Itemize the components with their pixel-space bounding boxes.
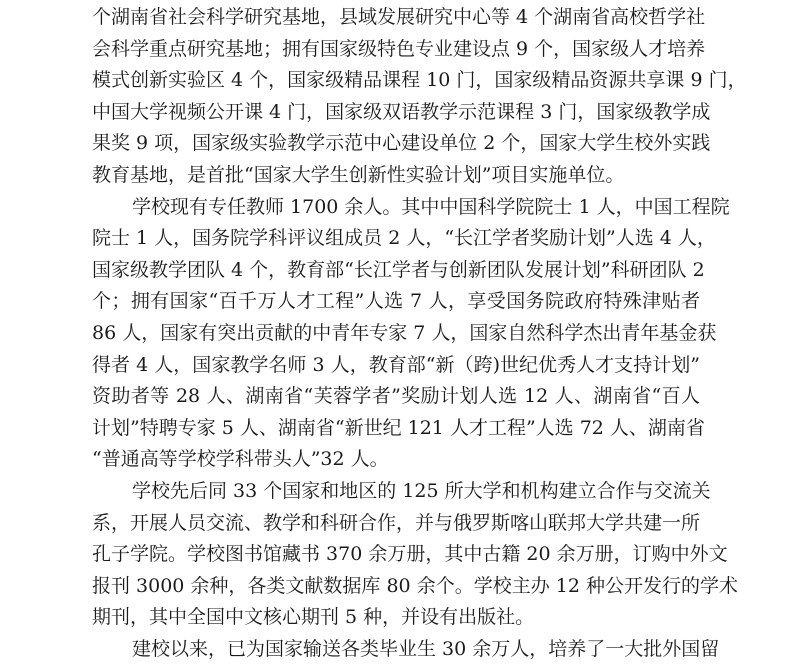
paragraph-2: 学校现有专任教师 1700 余人。其中中国科学院院士 1 人，中国工程院 院士 …: [92, 192, 700, 476]
text-line: 资助者等 28 人、湖南省“芙蓉学者”奖励计划人选 12 人、湖南省“百人: [92, 381, 700, 413]
text-line: 报刊 3000 余种，各类文献数据库 80 余个。学校主办 12 种公开发行的学…: [92, 571, 700, 603]
text-line: 教育基地，是首批“国家大学生创新性实验计划”项目实施单位。: [92, 160, 700, 192]
text-line: 个；拥有国家“百千万人才工程”人选 7 人，享受国务院政府特殊津贴者: [92, 286, 700, 318]
text-line: 个湖南省社会科学研究基地，县域发展研究中心等 4 个湖南省高校哲学社: [92, 2, 700, 34]
paragraph-1: 个湖南省社会科学研究基地，县域发展研究中心等 4 个湖南省高校哲学社 会科学重点…: [92, 2, 700, 192]
text-line: 86 人，国家有突出贡献的中青年专家 7 人，国家自然科学杰出青年基金获: [92, 318, 700, 350]
paragraph-4: 建校以来，已为国家输送各类毕业生 30 余万人，培养了一大批外国留: [92, 634, 700, 666]
text-line: 系，开展人员交流、教学和科研合作，并与俄罗斯喀山联邦大学共建一所: [92, 508, 700, 540]
text-line: 期刊，其中全国中文核心期刊 5 种，并设有出版社。: [92, 602, 700, 634]
text-line: 模式创新实验区 4 个，国家级精品课程 10 门，国家级精品资源共享课 9 门，: [92, 65, 700, 97]
text-line: 计划”特聘专家 5 人、湖南省“新世纪 121 人才工程”人选 72 人、湖南省: [92, 413, 700, 445]
document-page: 个湖南省社会科学研究基地，县域发展研究中心等 4 个湖南省高校哲学社 会科学重点…: [92, 2, 700, 665]
text-line: 国家级教学团队 4 个，教育部“长江学者与创新团队发展计划”科研团队 2: [92, 255, 700, 287]
text-line: 得者 4 人，国家教学名师 3 人，教育部“新（跨)世纪优秀人才支持计划”: [92, 350, 700, 382]
text-line: 果奖 9 项，国家级实验教学示范中心建设单位 2 个，国家大学生校外实践: [92, 128, 700, 160]
paragraph-3: 学校先后同 33 个国家和地区的 125 所大学和机构建立合作与交流关 系，开展…: [92, 476, 700, 634]
text-line: 院士 1 人，国务院学科评议组成员 2 人，“长江学者奖励计划”人选 4 人，: [92, 223, 700, 255]
text-line: 中国大学视频公开课 4 门，国家级双语教学示范课程 3 门，国家级教学成: [92, 97, 700, 129]
text-line: “普通高等学校学科带头人”32 人。: [92, 444, 700, 476]
text-line: 建校以来，已为国家输送各类毕业生 30 余万人，培养了一大批外国留: [92, 634, 700, 666]
text-line: 学校现有专任教师 1700 余人。其中中国科学院院士 1 人，中国工程院: [92, 192, 700, 224]
text-line: 孔子学院。学校图书馆藏书 370 余万册，其中古籍 20 余万册，订购中外文: [92, 539, 700, 571]
text-line: 学校先后同 33 个国家和地区的 125 所大学和机构建立合作与交流关: [92, 476, 700, 508]
text-line: 会科学重点研究基地；拥有国家级特色专业建设点 9 个，国家级人才培养: [92, 34, 700, 66]
